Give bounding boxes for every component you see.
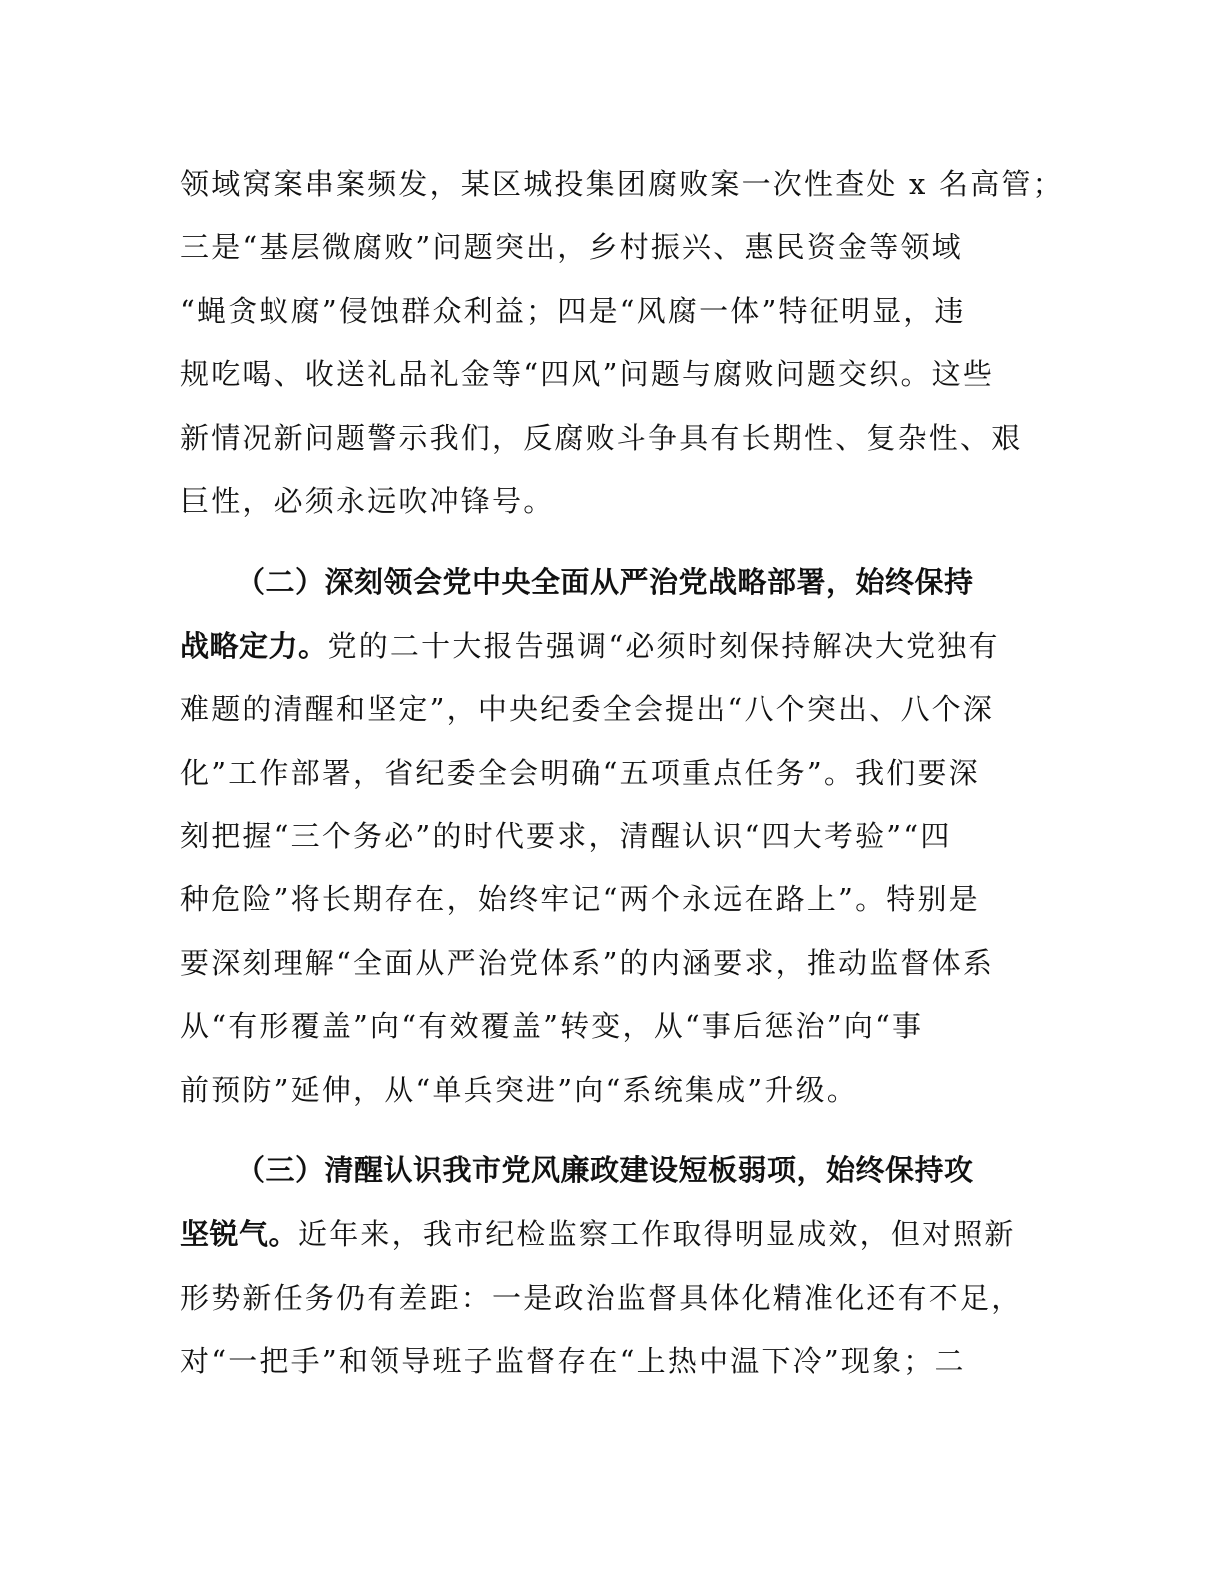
- body-text: 党的二十大报告强调“必须时刻保持解决大党独有: [328, 629, 1000, 663]
- body-text-line: 要深刻理解“全面从严治党体系”的内涵要求，推动监督体系: [180, 943, 1040, 983]
- body-text-line: 种危险”将长期存在，始终牢记“两个永远在路上”。特别是: [180, 879, 1040, 919]
- document-page: 领域窝案串案频发，某区城投集团腐败案一次性查处 x 名高管； 三是“基层微腐败”…: [0, 0, 1224, 1584]
- body-text-line: “蝇贪蚁腐”侵蚀群众利益；四是“风腐一体”特征明显，违: [180, 291, 1040, 331]
- body-text-line: 从“有形覆盖”向“有效覆盖”转变，从“事后惩治”向“事: [180, 1006, 1040, 1046]
- body-text-line: 难题的清醒和坚定”，中央纪委全会提出“八个突出、八个深: [180, 689, 1040, 729]
- body-text-line: 三是“基层微腐败”问题突出，乡村振兴、惠民资金等领域: [180, 227, 1040, 267]
- body-text-line: 巨性，必须永远吹冲锋号。: [180, 481, 1040, 521]
- body-text: 近年来，我市纪检监察工作取得明显成效，但对照新: [298, 1217, 1016, 1251]
- body-text-line: 前预防”延伸，从“单兵突进”向“系统集成”升级。: [180, 1070, 1040, 1110]
- body-text-line: 规吃喝、收送礼品礼金等“四风”问题与腐败问题交织。这些: [180, 354, 1040, 394]
- section-heading: （三）清醒认识我市党风廉政建设短板弱项，始终保持攻: [236, 1150, 1096, 1190]
- body-text-line: 刻把握“三个务必”的时代要求，清醒认识“四大考验”“四: [180, 816, 1040, 856]
- section-heading-continuation: 战略定力。党的二十大报告强调“必须时刻保持解决大党独有: [180, 626, 1040, 666]
- body-text-line: 对“一把手”和领导班子监督存在“上热中温下冷”现象；二: [180, 1341, 1040, 1381]
- body-text-line: 形势新任务仍有差距：一是政治监督具体化精准化还有不足，: [180, 1278, 1040, 1318]
- section-heading-continuation: 坚锐气。近年来，我市纪检监察工作取得明显成效，但对照新: [180, 1214, 1040, 1254]
- section-heading: （二）深刻领会党中央全面从严治党战略部署，始终保持: [236, 562, 1096, 602]
- section-heading-tail: 坚锐气。: [180, 1217, 298, 1251]
- section-heading-tail: 战略定力。: [180, 629, 328, 663]
- body-text-line: 化”工作部署，省纪委全会明确“五项重点任务”。我们要深: [180, 753, 1040, 793]
- body-text-line: 领域窝案串案频发，某区城投集团腐败案一次性查处 x 名高管；: [180, 164, 1040, 204]
- body-text-line: 新情况新问题警示我们，反腐败斗争具有长期性、复杂性、艰: [180, 418, 1040, 458]
